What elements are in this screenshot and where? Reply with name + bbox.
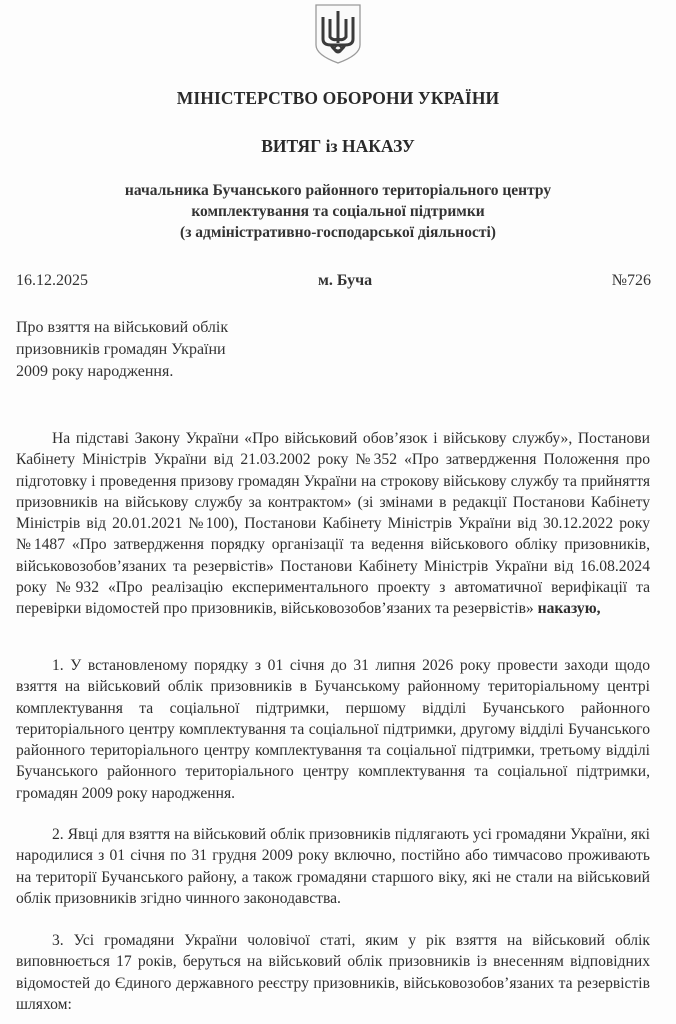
document-page: МІНІСТЕРСТВО ОБОРОНИ УКРАЇНИ ВИТЯГ із НА… (0, 0, 676, 1024)
document-title: ВИТЯГ із НАКАЗУ (0, 136, 676, 157)
order-clause-1: 1. У встановленому порядку з 01 січня до… (16, 655, 650, 804)
order-clause-2: 2. Явці для взяття на військовий облік п… (16, 824, 650, 909)
trident-emblem-icon (313, 3, 363, 65)
subject-line: призовників громадян України (16, 339, 276, 361)
issuer-line: (з адміністративно-господарської діяльно… (0, 222, 676, 243)
directive-word: наказую, (538, 600, 601, 617)
subject-line: Про взяття на військовий облік (16, 317, 276, 339)
legal-basis-text: На підставі Закону України «Про військов… (16, 430, 650, 617)
legal-basis-paragraph: На підставі Закону України «Про військов… (16, 428, 650, 620)
order-city: м. Буча (318, 272, 372, 290)
issuer-line: начальника Бучанського районного територ… (0, 180, 676, 201)
ministry-heading: МІНІСТЕРСТВО ОБОРОНИ УКРАЇНИ (0, 88, 676, 109)
issuer-block: начальника Бучанського районного територ… (0, 180, 676, 243)
order-number: №726 (612, 272, 651, 290)
order-subject: Про взяття на військовий облік призовник… (16, 317, 276, 383)
subject-line: 2009 року народження. (16, 361, 276, 383)
order-clause-3: 3. Усі громадяни України чоловічої статі… (16, 930, 650, 1015)
order-date: 16.12.2025 (16, 272, 88, 290)
issuer-line: комплектування та соціальної підтримки (0, 201, 676, 222)
